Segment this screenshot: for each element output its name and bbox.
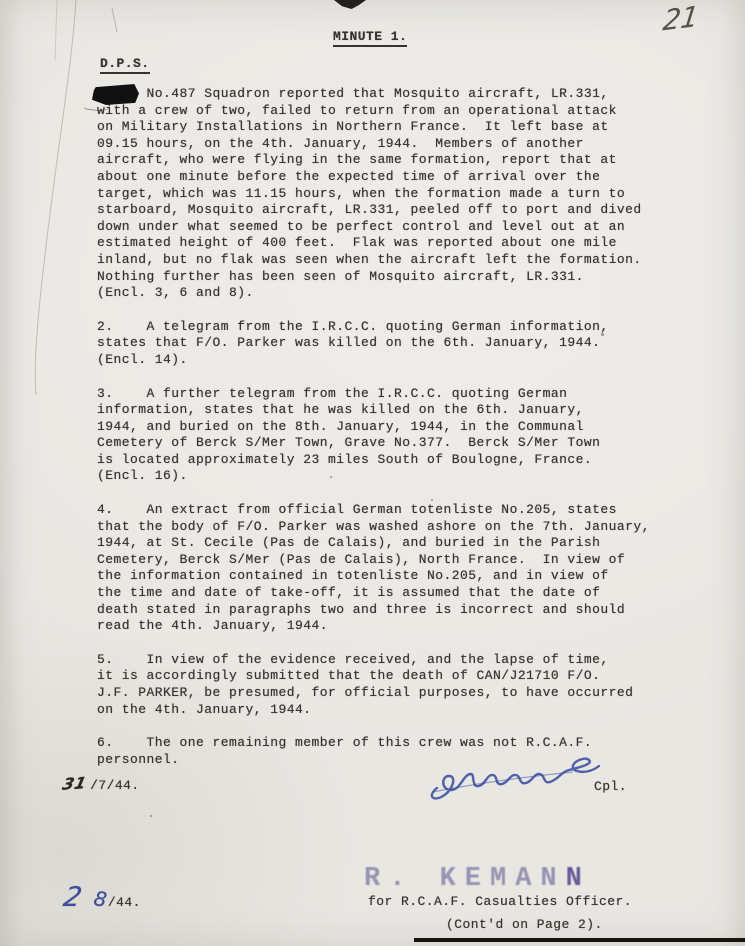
signature-rank: Cpl. (594, 779, 627, 794)
typed-date-part-2: /44. (108, 895, 141, 910)
torn-paper-mark (334, 0, 366, 9)
for-casualties-officer-line: for R.C.A.F. Casualties Officer. (368, 894, 632, 909)
paragraph-2: 2. A telegram from the I.R.C.C. quoting … (97, 319, 707, 369)
paper-speck (150, 815, 152, 817)
paper-speck (431, 499, 433, 501)
paper-speck (601, 333, 604, 336)
dps-heading: D.P.S. (100, 56, 150, 74)
continuation-note: (Cont'd on Page 2). (446, 917, 603, 932)
handwritten-page-number: 21 (661, 0, 701, 38)
handwritten-day: 31 (61, 773, 89, 794)
stamp-text: R. KEMAN (364, 864, 566, 894)
paragraph-4: 4. An extract from official German toten… (97, 502, 707, 635)
handwritten-day-2: 2 (61, 882, 85, 913)
handwritten-month-8: 8 (92, 886, 109, 912)
paper-speck (330, 476, 332, 478)
name-stamp: R. KEMANN (364, 864, 591, 894)
document-body: 1. No.487 Squadron reported that Mosquit… (97, 86, 707, 785)
paragraph-6: 6. The one remaining member of this crew… (97, 735, 707, 768)
scan-edge-line (414, 938, 745, 942)
paragraph-3: 3. A further telegram from the I.R.C.C. … (97, 386, 707, 486)
signature-scrawl (423, 752, 603, 807)
scanned-document-page: 21 MINUTE 1. D.P.S. 1. No.487 Squadron r… (0, 0, 745, 946)
document-title: MINUTE 1. (333, 29, 407, 47)
signature-date: 31/7/44. (63, 774, 140, 793)
typed-date-part: /7/44. (90, 778, 140, 793)
approval-date: 28/44. (64, 882, 141, 913)
paragraph-1: 1. No.487 Squadron reported that Mosquit… (97, 86, 707, 302)
paragraph-5: 5. In view of the evidence received, and… (97, 652, 707, 718)
stamp-text-last: N (566, 864, 591, 894)
